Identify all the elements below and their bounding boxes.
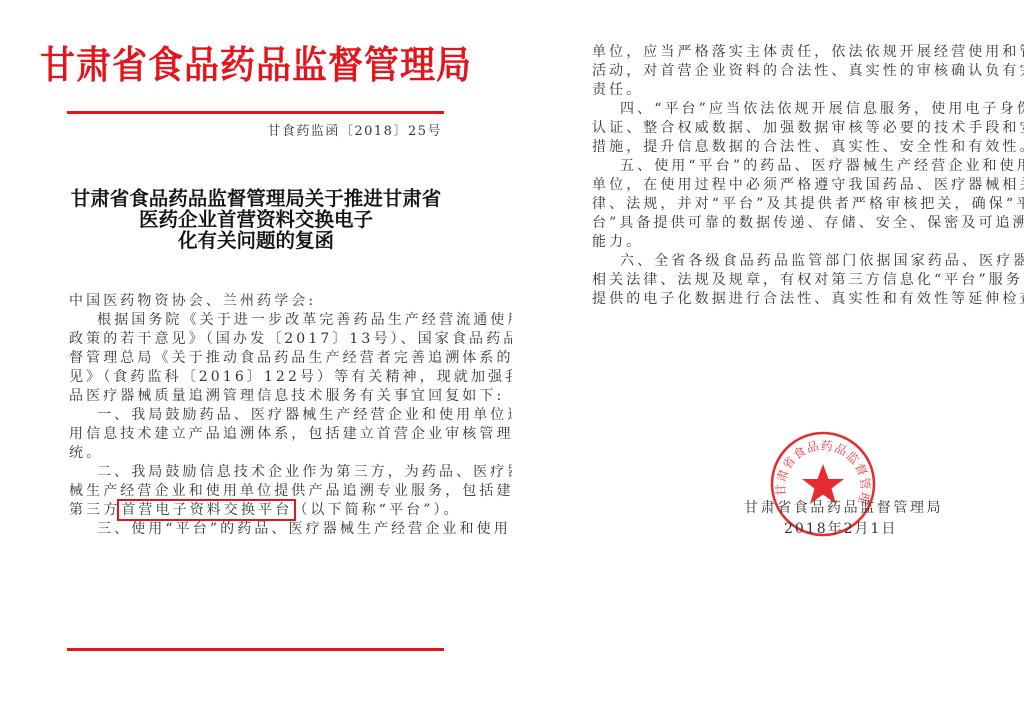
paragraph-line: 品医疗器械质量追溯管理信息技术服务有关事宜回复如下:	[69, 387, 453, 406]
paragraph-line: 单位，应当严格落实主体责任，依法依规开展经营使用和管理	[592, 43, 977, 62]
document-title: 甘肃省食品药品监督管理局关于推进甘肃省 医药企业首营资料交换电子 化有关问题的复…	[0, 188, 512, 251]
paragraph-line: 台”具备提供可靠的数据传递、存储、安全、保密及可追溯的	[592, 214, 977, 233]
paragraph-line: 认证、整合权威数据、加强数据审核等必要的技术手段和安全	[592, 119, 977, 138]
paragraph-line: 二、我局鼓励信息技术企业作为第三方，为药品、医疗器	[69, 463, 453, 482]
paragraph-line: 责任。	[592, 81, 977, 100]
title-line: 化有关问题的复函	[0, 230, 512, 251]
title-line: 医药企业首营资料交换电子	[0, 209, 512, 230]
document-page-left: 甘肃省食品药品监督管理局 甘食药监函〔2018〕25号 甘肃省食品药品监督管理局…	[0, 0, 512, 711]
highlighted-platform-name: 首营电子资料交换平台	[120, 502, 293, 518]
paragraph-line: 活动，对首营企业资料的合法性、真实性的审核确认负有完全	[592, 62, 977, 81]
issuer-signature: 甘肃省食品药品监督管理局	[744, 497, 943, 517]
paragraph-line: 律、法规，并对“平台”及其提供者严格审核把关，确保“平	[592, 195, 977, 214]
paragraph-line: 六、全省各级食品药品监管部门依据国家药品、医疗器械	[592, 252, 977, 271]
paragraph-line: 单位，在使用过程中必须严格遵守我国药品、医疗器械相关法	[592, 176, 977, 195]
text-segment: （以下简称“平台”）。	[293, 502, 460, 518]
paragraph-line: 四、“平台”应当依法依规开展信息服务，使用电子身份	[592, 100, 977, 119]
document-number: 甘食药监函〔2018〕25号	[267, 120, 442, 139]
letterhead-title: 甘肃省食品药品监督管理局	[0, 36, 512, 90]
footer-red-rule	[67, 648, 444, 651]
body-text-right: 单位，应当严格落实主体责任，依法依规开展经营使用和管理 活动，对首营企业资料的合…	[592, 43, 977, 309]
issue-date: 2018年2月1日	[784, 518, 897, 538]
paragraph-line: 用信息技术建立产品追溯体系，包括建立首营企业审核管理系	[69, 425, 453, 444]
paragraph-line: 能力。	[592, 233, 977, 252]
paragraph-line: 政策的若干意见》（国办发〔2017〕13号）、国家食品药品监	[69, 330, 453, 349]
paragraph-line: 一、我局鼓励药品、医疗器械生产经营企业和使用单位运	[69, 406, 453, 425]
text-segment: 第三方	[69, 502, 120, 518]
paragraph-line: 见》（食药监科〔2016〕122号）等有关精神，现就加强我省药	[69, 368, 453, 387]
paragraph-line: 措施，提升信息数据的合法性、真实性、安全性和有效性。	[592, 138, 977, 157]
document-page-right: 单位，应当严格落实主体责任，依法依规开展经营使用和管理 活动，对首营企业资料的合…	[512, 0, 1024, 711]
paragraph-line: 五、使用“平台”的药品、医疗器械生产经营企业和使用	[592, 157, 977, 176]
addressee: 中国医药物资协会、兰州药学会:	[69, 292, 453, 311]
paragraph-line: 提供的电子化数据进行合法性、真实性和有效性等延伸检查。	[592, 290, 977, 309]
letterhead-red-rule	[67, 111, 444, 114]
paragraph-line: 根据国务院《关于进一步改革完善药品生产经营流通使用	[69, 311, 453, 330]
paragraph-line-with-highlight: 第三方首营电子资料交换平台（以下简称“平台”）。	[69, 501, 453, 520]
paragraph-line: 三、使用“平台”的药品、医疗器械生产经营企业和使用	[69, 520, 453, 539]
body-text-left: 中国医药物资协会、兰州药学会: 根据国务院《关于进一步改革完善药品生产经营流通使…	[69, 292, 453, 539]
paragraph-line: 械生产经营企业和使用单位提供产品追溯专业服务，包括建设	[69, 482, 453, 501]
paragraph-line: 相关法律、法规及规章，有权对第三方信息化“平台”服务商	[592, 271, 977, 290]
paragraph-line: 督管理总局《关于推动食品药品生产经营者完善追溯体系的意	[69, 349, 453, 368]
title-line: 甘肃省食品药品监督管理局关于推进甘肃省	[0, 188, 512, 209]
paragraph-line: 统。	[69, 444, 453, 463]
